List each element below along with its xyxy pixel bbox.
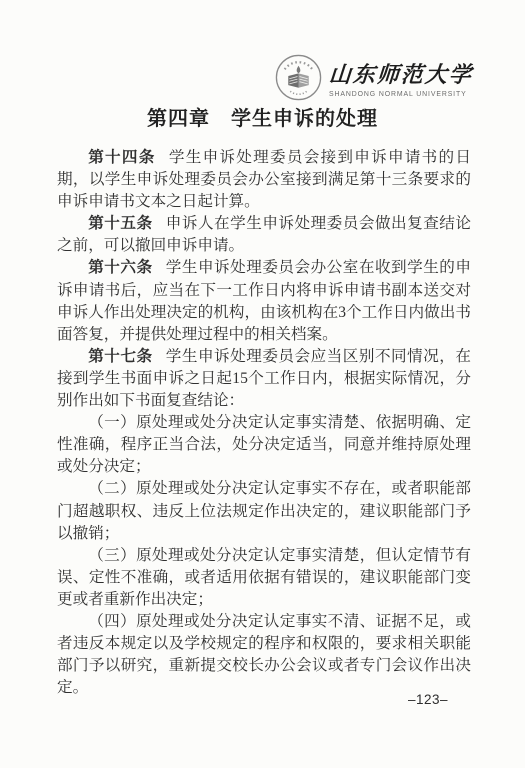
document-page: 山东师范大学 SHANDONG NORMAL UNIVERSITY 第四章 学生… — [0, 0, 525, 768]
paragraph-article-15: 第十五条申诉人在学生申诉处理委员会做出复查结论之前，可以撤回申诉申请。 — [57, 213, 471, 257]
paragraph-text: （三）原处理或处分决定认定事实清楚，但认定情节有误、定性不准确，或者适用依据有错… — [57, 547, 471, 608]
university-name-en: SHANDONG NORMAL UNIVERSITY — [329, 91, 473, 98]
page-number: –123– — [408, 692, 448, 707]
university-seal-icon — [275, 54, 322, 101]
chapter-title: 第四章 学生申诉的处理 — [0, 102, 525, 131]
article-number: 第十五条 — [88, 215, 152, 232]
paragraph-item-4: （四）原处理或处分决定认定事实不清、证据不足，或者违反本规定以及学校规定的程序和… — [57, 611, 471, 699]
paragraph-article-17: 第十七条学生申诉处理委员会应当区别不同情况，在接到学生书面申诉之日起15个工作日… — [57, 346, 471, 412]
document-body: 第十四条学生申诉处理委员会接到申诉申请书的日期，以学生申诉处理委员会办公室接到满… — [57, 147, 471, 699]
paragraph-text: （一）原处理或处分决定认定事实清楚、依据明确、定性准确，程序正当合法，处分决定适… — [57, 414, 471, 475]
article-number: 第十四条 — [88, 149, 155, 166]
article-number: 第十七条 — [88, 348, 152, 365]
paragraph-article-14: 第十四条学生申诉处理委员会接到申诉申请书的日期，以学生申诉处理委员会办公室接到满… — [57, 147, 471, 213]
paragraph-text: （二）原处理或处分决定认定事实不存在，或者职能部门超越职权、违反上位法规定作出决… — [57, 480, 471, 541]
paragraph-item-1: （一）原处理或处分决定认定事实清楚、依据明确、定性准确，程序正当合法，处分决定适… — [57, 412, 471, 478]
university-name-block: 山东师范大学 SHANDONG NORMAL UNIVERSITY — [329, 58, 473, 98]
university-name-cn: 山东师范大学 — [328, 58, 474, 89]
paragraph-item-2: （二）原处理或处分决定认定事实不存在，或者职能部门超越职权、违反上位法规定作出决… — [57, 478, 471, 544]
paragraph-text: （四）原处理或处分决定认定事实不清、证据不足，或者违反本规定以及学校规定的程序和… — [57, 613, 471, 696]
paragraph-item-3: （三）原处理或处分决定认定事实清楚，但认定情节有误、定性不准确，或者适用依据有错… — [57, 545, 471, 611]
article-number: 第十六条 — [88, 259, 152, 276]
university-logo: 山东师范大学 SHANDONG NORMAL UNIVERSITY — [275, 54, 473, 101]
paragraph-article-16: 第十六条学生申诉处理委员会办公室在收到学生的申诉申请书后，应当在下一工作日内将申… — [57, 257, 471, 345]
